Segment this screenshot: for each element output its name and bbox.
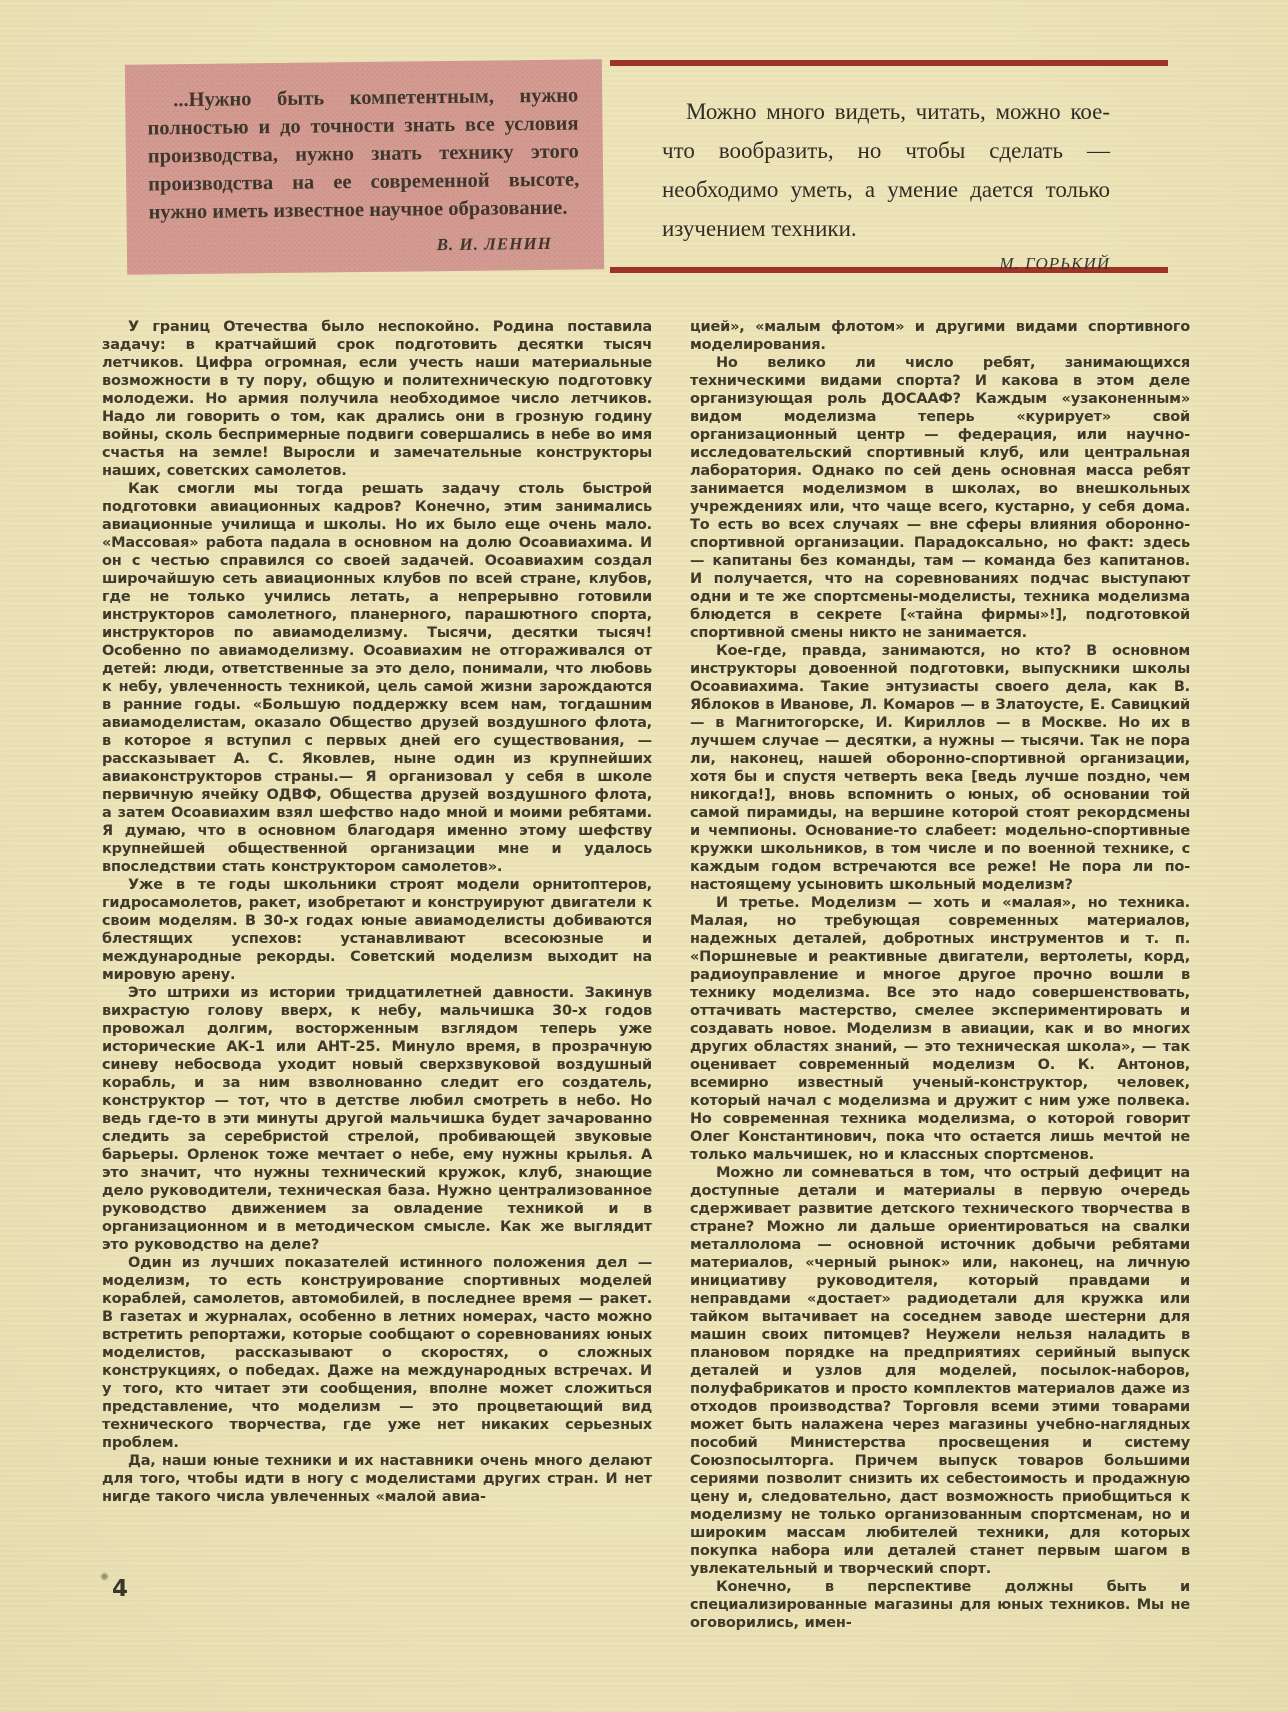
- gorky-quote-panel: Можно много видеть, читать, можно кое-чт…: [610, 60, 1168, 273]
- article-paragraph: Да, наши юные техники и их наставники оч…: [102, 1452, 652, 1506]
- article-paragraph: У границ Отечества было неспокойно. Роди…: [102, 318, 652, 480]
- page-number: 4: [112, 1576, 128, 1602]
- lenin-quote-panel: ...Нужно быть компетентным, нужно полнос…: [125, 59, 604, 274]
- article-paragraph: Кое-где, правда, занимаются, но кто? В о…: [690, 642, 1190, 894]
- article-paragraph: Это штрихи из истории тридцатилетней дав…: [102, 984, 652, 1254]
- article-paragraph: Но велико ли число ребят, занимающихся т…: [690, 354, 1190, 642]
- article-paragraph: Можно ли сомневаться в том, что острый д…: [690, 1164, 1190, 1578]
- gorky-quote-attribution: М. ГОРЬКИЙ: [662, 254, 1110, 274]
- lenin-quote-text: ...Нужно быть компетентным, нужно полнос…: [147, 82, 580, 227]
- article-paragraph: Уже в те годы школьники строят модели ор…: [102, 876, 652, 984]
- article-paragraph: Один из лучших показателей истинного пол…: [102, 1254, 652, 1452]
- article-column-left: У границ Отечества было неспокойно. Роди…: [102, 318, 652, 1506]
- gorky-quote-text: Можно много видеть, читать, можно кое-чт…: [662, 92, 1110, 248]
- article-column-right: цией», «малым флотом» и другими видами с…: [690, 318, 1190, 1632]
- article-paragraph: Конечно, в перспективе должны быть и спе…: [690, 1578, 1190, 1632]
- magazine-page: ...Нужно быть компетентным, нужно полнос…: [0, 0, 1288, 1712]
- article-paragraph: цией», «малым флотом» и другими видами с…: [690, 318, 1190, 354]
- article-paragraph: И третье. Моделизм — хоть и «малая», но …: [690, 894, 1190, 1164]
- lenin-quote-attribution: В. И. ЛЕНИН: [149, 234, 580, 259]
- article-paragraph: Как смогли мы тогда решать задачу столь …: [102, 480, 652, 876]
